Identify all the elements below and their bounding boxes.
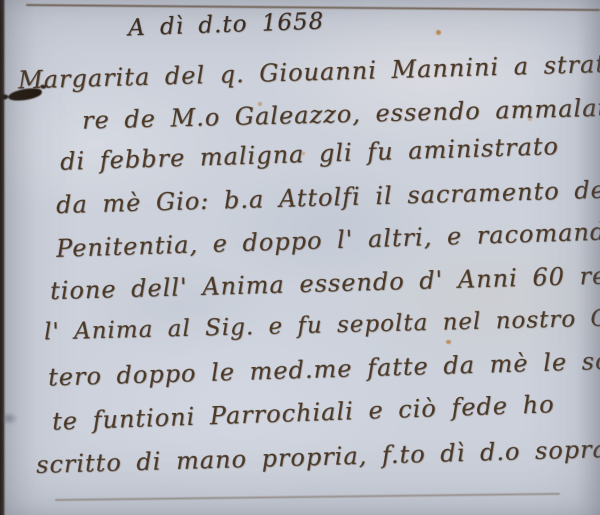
manuscript-line: Penitentia, e doppo l' altri, e racomand… xyxy=(56,217,600,263)
ink-blot xyxy=(7,87,42,102)
manuscript-line: da mè Gio: b.a Attolfi il sacramento del… xyxy=(56,175,600,219)
foxing-spot xyxy=(302,152,305,155)
manuscript-line: l' Anima al Sig. e fu sepolta nel nostro… xyxy=(44,305,600,346)
manuscript-line: tero doppo le med.me fatte da mè le soli xyxy=(48,346,600,391)
date-heading: A dì d.to 1658 xyxy=(128,9,325,42)
manuscript-line: te funtioni Parrochiali e ciò fede ho xyxy=(52,390,555,436)
gray-smudge xyxy=(0,412,18,425)
manuscript-line: re de M.o Galeazzo, essendo ammalata xyxy=(82,93,600,134)
manuscript-line: scritto di mano propria, f.to dì d.o sop… xyxy=(36,435,600,479)
manuscript-line: tione dell' Anima essendo d' Anni 60 res… xyxy=(50,261,600,305)
foxing-spot xyxy=(528,118,532,121)
manuscript-line: di febbre maligna gli fu aministrato xyxy=(60,132,560,176)
ruled-line-bottom xyxy=(55,493,560,501)
foxing-spot xyxy=(258,102,262,106)
book-binding-edge xyxy=(0,0,6,515)
manuscript-page: A dì d.to 1658 Margarita del q. Giouanni… xyxy=(0,0,600,515)
foxing-spot xyxy=(436,30,441,35)
manuscript-line: Margarita del q. Giouanni Mannini a stra… xyxy=(18,50,600,95)
foxing-spot xyxy=(446,340,451,344)
